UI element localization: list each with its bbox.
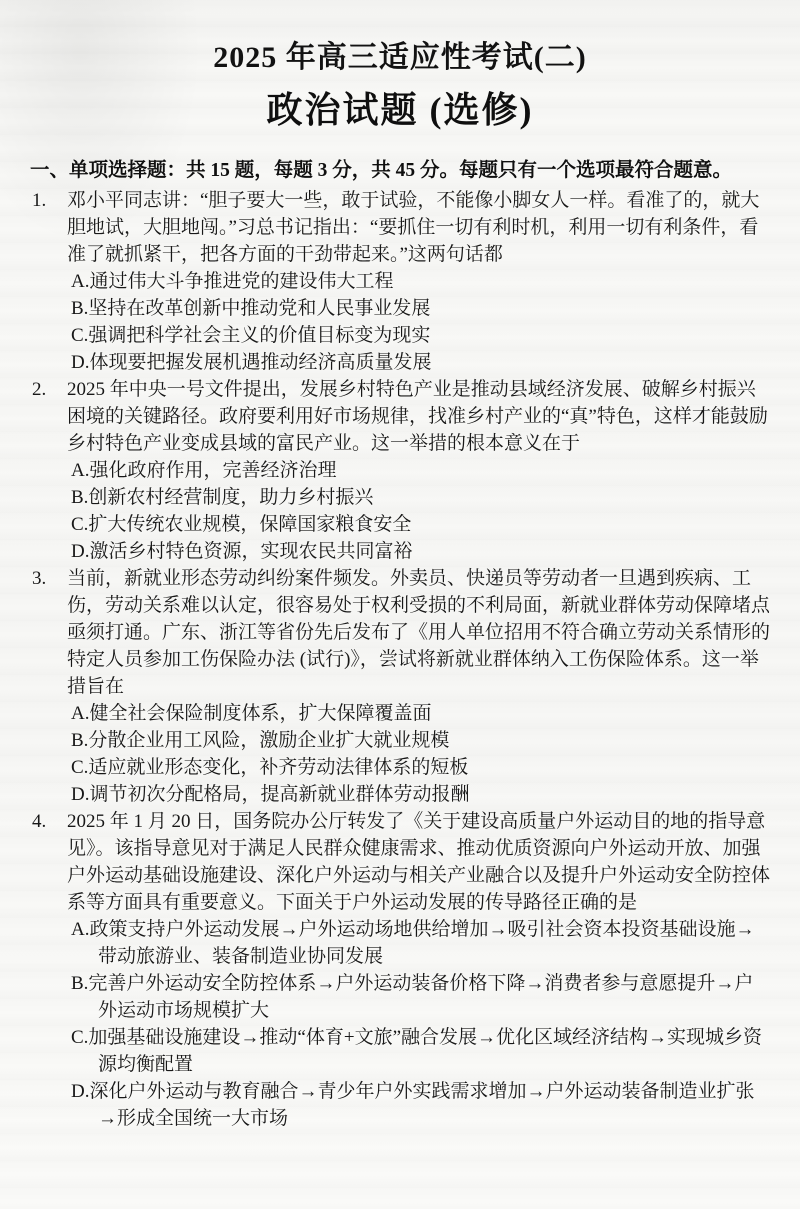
question-4-option-b: B.完善户外运动安全防控体系→户外运动装备价格下降→消费者参与意愿提升→户外运动…: [71, 970, 770, 1024]
question-1-option-b: B.坚持在改革创新中推动党和人民事业发展: [71, 295, 770, 322]
question-1-number: 1.: [32, 187, 46, 214]
question-2: 2. 2025 年中央一号文件提出，发展乡村特色产业是推动县域经济发展、破解乡村…: [30, 376, 770, 565]
question-3-number: 3.: [32, 565, 46, 592]
exam-title: 2025 年高三适应性考试(二): [30, 32, 770, 76]
question-1-option-a: A.通过伟大斗争推进党的建设伟大工程: [71, 268, 770, 295]
question-2-option-c: C.扩大传统农业规模，保障国家粮食安全: [71, 511, 770, 538]
question-2-option-d: D.激活乡村特色资源，实现农民共同富裕: [71, 538, 770, 565]
question-1-option-d: D.体现要把握发展机遇推动经济高质量发展: [71, 349, 770, 376]
question-list: 1. 邓小平同志讲：“胆子要大一些，敢于试验，不能像小脚女人一样。看准了的，就大…: [30, 187, 770, 1132]
question-3-options: A.健全社会保险制度体系，扩大保障覆盖面 B.分散企业用工风险，激励企业扩大就业…: [67, 700, 770, 808]
question-2-option-a: A.强化政府作用，完善经济治理: [71, 457, 770, 484]
question-4-option-c: C.加强基础设施建设→推动“体育+文旅”融合发展→优化区域经济结构→实现城乡资源…: [71, 1024, 770, 1078]
question-2-options: A.强化政府作用，完善经济治理 B.创新农村经营制度，助力乡村振兴 C.扩大传统…: [67, 457, 770, 565]
question-3: 3. 当前，新就业形态劳动纠纷案件频发。外卖员、快递员等劳动者一旦遇到疾病、工伤…: [30, 565, 770, 808]
question-2-stem: 2025 年中央一号文件提出，发展乡村特色产业是推动县域经济发展、破解乡村振兴困…: [67, 376, 770, 457]
question-2-number: 2.: [32, 376, 46, 403]
question-4-options: A.政策支持户外运动发展→户外运动场地供给增加→吸引社会资本投资基础设施→带动旅…: [67, 916, 770, 1132]
question-3-option-b: B.分散企业用工风险，激励企业扩大就业规模: [71, 727, 770, 754]
question-3-option-a: A.健全社会保险制度体系，扩大保障覆盖面: [71, 700, 770, 727]
question-1-option-c: C.强调把科学社会主义的价值目标变为现实: [71, 322, 770, 349]
question-3-option-c: C.适应就业形态变化，补齐劳动法律体系的短板: [71, 754, 770, 781]
question-4-option-a: A.政策支持户外运动发展→户外运动场地供给增加→吸引社会资本投资基础设施→带动旅…: [71, 916, 770, 970]
subject-title: 政治试题 (选修): [30, 82, 770, 133]
question-1: 1. 邓小平同志讲：“胆子要大一些，敢于试验，不能像小脚女人一样。看准了的，就大…: [30, 187, 770, 376]
question-3-stem: 当前，新就业形态劳动纠纷案件频发。外卖员、快递员等劳动者一旦遇到疾病、工伤，劳动…: [67, 565, 770, 700]
question-3-option-d: D.调节初次分配格局，提高新就业群体劳动报酬: [71, 781, 770, 808]
question-4-option-d: D.深化户外运动与教育融合→青少年户外实践需求增加→户外运动装备制造业扩张→形成…: [71, 1078, 770, 1132]
question-4-number: 4.: [32, 808, 46, 835]
exam-paper-page: 2025 年高三适应性考试(二) 政治试题 (选修) 一、单项选择题：共 15 …: [0, 0, 800, 1209]
section-header: 一、单项选择题：共 15 题，每题 3 分，共 45 分。每题只有一个选项最符合…: [30, 157, 770, 184]
question-1-stem: 邓小平同志讲：“胆子要大一些，敢于试验，不能像小脚女人一样。看准了的，就大胆地试…: [67, 187, 770, 268]
question-4: 4. 2025 年 1 月 20 日，国务院办公厅转发了《关于建设高质量户外运动…: [30, 808, 770, 1132]
title-block: 2025 年高三适应性考试(二) 政治试题 (选修): [30, 32, 770, 133]
question-4-stem: 2025 年 1 月 20 日，国务院办公厅转发了《关于建设高质量户外运动目的地…: [67, 808, 770, 916]
question-2-option-b: B.创新农村经营制度，助力乡村振兴: [71, 484, 770, 511]
question-1-options: A.通过伟大斗争推进党的建设伟大工程 B.坚持在改革创新中推动党和人民事业发展 …: [67, 268, 770, 376]
